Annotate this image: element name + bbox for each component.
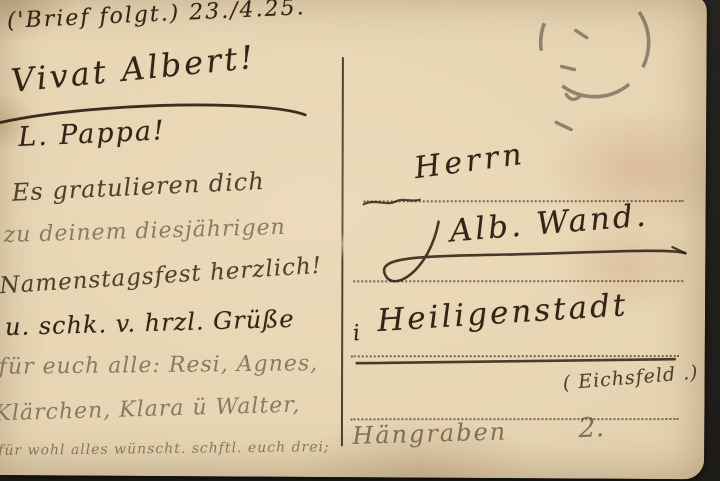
postcard-paper: ('Brief folgt.) 23./4.25. Vivat Albert! … bbox=[0, 0, 707, 479]
postcard-scan: ('Brief folgt.) 23./4.25. Vivat Albert! … bbox=[0, 0, 720, 481]
street-name: Hängraben bbox=[352, 417, 508, 449]
recipient-name: Alb. Wand. bbox=[448, 197, 649, 249]
city-prefix: i bbox=[352, 321, 361, 347]
greeting-line: Vivat Albert! bbox=[9, 38, 257, 100]
address-rule bbox=[353, 280, 683, 282]
message-line: für euch alle: Resi, Agnes, bbox=[0, 351, 318, 380]
postmark-icon bbox=[519, 0, 670, 130]
message-line: zu deinem diesjährigen bbox=[3, 215, 286, 248]
salutation-line: L. Pappa! bbox=[17, 115, 166, 153]
message-line: u. schk. v. hrzl. Grüße bbox=[5, 305, 295, 341]
message-line: Namenstagsfest herzlich! bbox=[0, 253, 323, 300]
message-line: für wohl alles wünscht. schftl. euch dre… bbox=[0, 439, 330, 459]
street-number: 2. bbox=[578, 412, 605, 444]
message-line: Klärchen, Klara ü Walter, bbox=[0, 393, 301, 427]
divider-line bbox=[341, 57, 344, 446]
message-line: Es gratulieren dich bbox=[11, 167, 265, 207]
city-name: Heiligenstadt bbox=[376, 287, 629, 339]
recipient-salutation: Herrn bbox=[412, 137, 528, 187]
region-name: ( Eichsfeld .) bbox=[562, 361, 699, 394]
date-line: ('Brief folgt.) 23./4.25. bbox=[6, 0, 306, 34]
address-rule bbox=[351, 355, 679, 357]
